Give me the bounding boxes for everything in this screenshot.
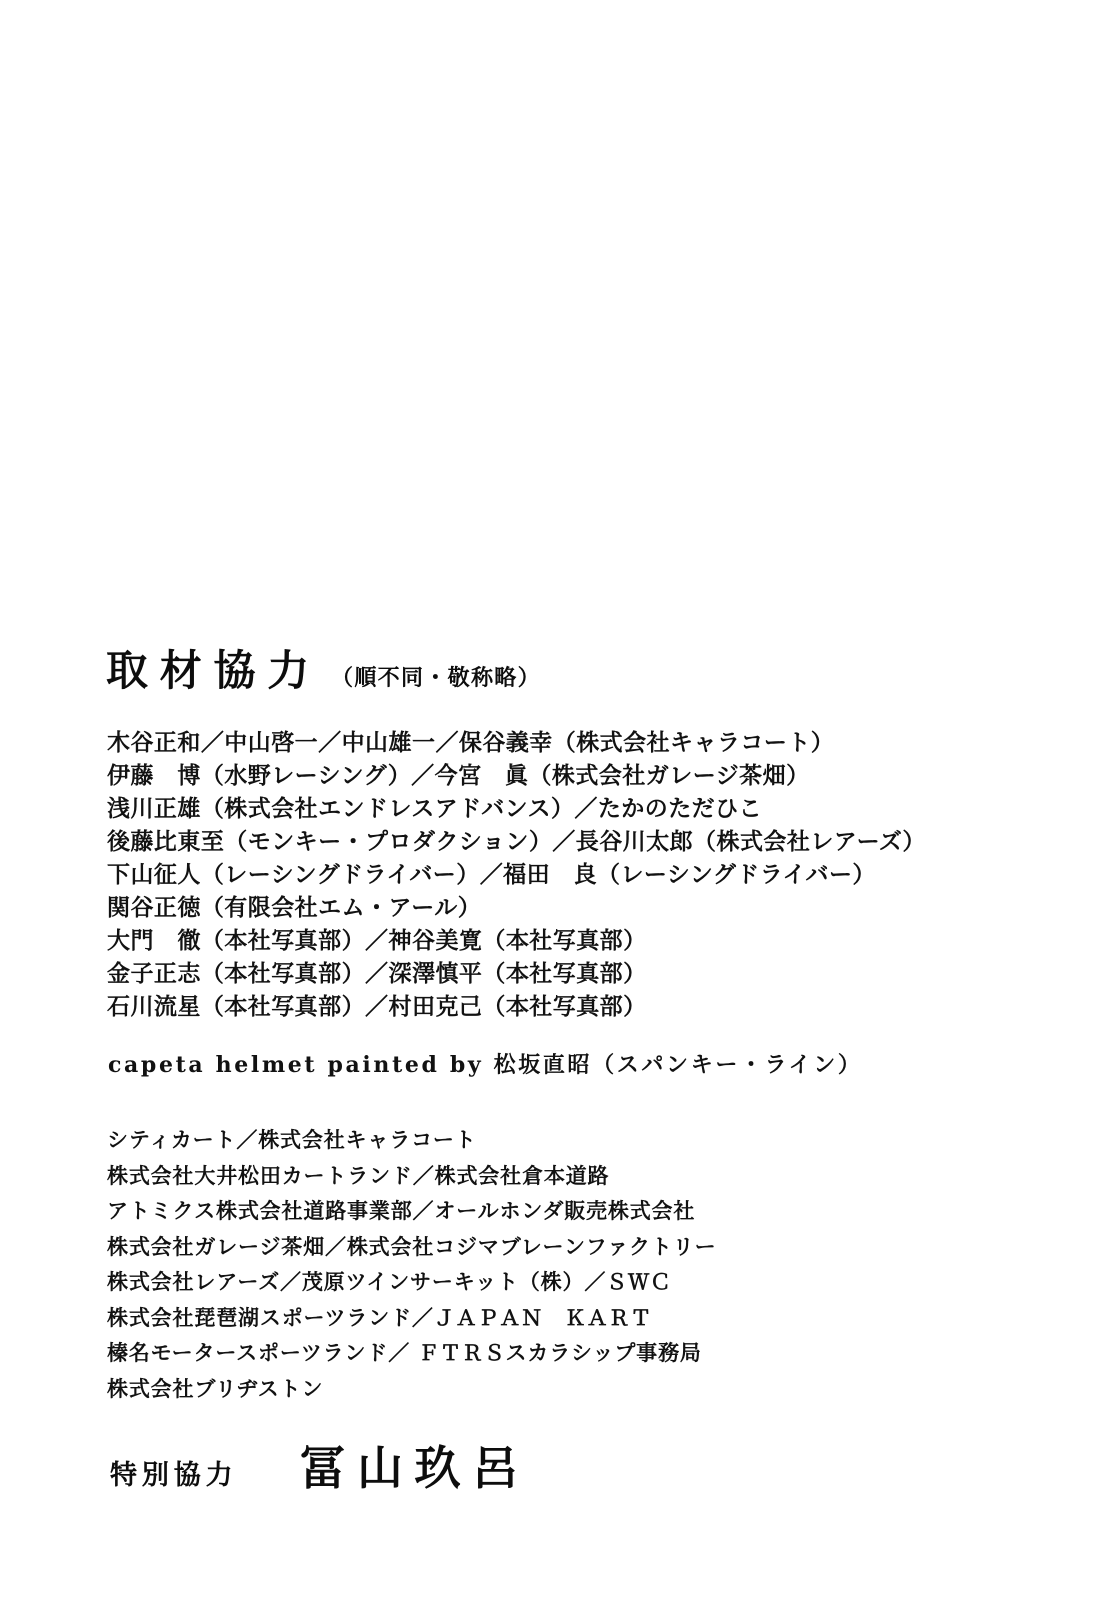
list-item: 榛名モータースポーツランド／ ＦＴＲＳスカラシップ事務局 (107, 1335, 1047, 1371)
credits-page: 取材協力 （順不同・敬称略） 木谷正和／中山啓一／中山雄一／保谷義幸（株式会社キ… (0, 0, 1113, 1600)
section-heading: 取材協力 （順不同・敬称略） (106, 638, 541, 698)
list-item: 株式会社琵琶湖スポーツランド／ＪＡＰＡＮ ＫＡＲＴ (107, 1300, 1047, 1336)
list-item: 株式会社レアーズ／茂原ツインサーキット（株）／ＳＷＣ (107, 1264, 1047, 1300)
helmet-credit-line: capeta helmet painted by 松坂直昭（スパンキー・ライン） (108, 1048, 863, 1079)
heading-note: （順不同・敬称略） (331, 661, 541, 692)
special-thanks-label: 特別協力 (110, 1453, 237, 1492)
list-item: 石川流星（本社写真部）／村田克己（本社写真部） (107, 990, 1047, 1023)
list-item: 株式会社大井松田カートランド／株式会社倉本道路 (107, 1158, 1047, 1194)
list-item: 関谷正徳（有限会社エム・アール） (107, 891, 1047, 924)
list-item: 株式会社ガレージ茶畑／株式会社コジマブレーンファクトリー (107, 1229, 1047, 1265)
companies-list: シティカート／株式会社キャラコート 株式会社大井松田カートランド／株式会社倉本道… (107, 1122, 1047, 1406)
list-item: 金子正志（本社写真部）／深澤慎平（本社写真部） (107, 957, 1047, 990)
special-thanks: 特別協力 冨山玖呂 (110, 1432, 529, 1498)
credits-list: 木谷正和／中山啓一／中山雄一／保谷義幸（株式会社キャラコート） 伊藤 博（水野レ… (107, 726, 1047, 1023)
list-item: 浅川正雄（株式会社エンドレスアドバンス）／たかのただひこ (107, 792, 1047, 825)
list-item: 下山征人（レーシングドライバー）／福田 良（レーシングドライバー） (107, 858, 1047, 891)
list-item: 株式会社ブリヂストン (107, 1371, 1047, 1407)
list-item: 後藤比東至（モンキー・プロダクション）／長谷川太郎（株式会社レアーズ） (107, 825, 1047, 858)
list-item: シティカート／株式会社キャラコート (107, 1122, 1047, 1158)
special-thanks-name: 冨山玖呂 (299, 1432, 529, 1498)
list-item: 伊藤 博（水野レーシング）／今宮 眞（株式会社ガレージ茶畑） (107, 759, 1047, 792)
list-item: 大門 徹（本社写真部）／神谷美寛（本社写真部） (107, 924, 1047, 957)
list-item: アトミクス株式会社道路事業部／オールホンダ販売株式会社 (107, 1193, 1047, 1229)
heading-title: 取材協力 (106, 638, 321, 698)
list-item: 木谷正和／中山啓一／中山雄一／保谷義幸（株式会社キャラコート） (107, 726, 1047, 759)
